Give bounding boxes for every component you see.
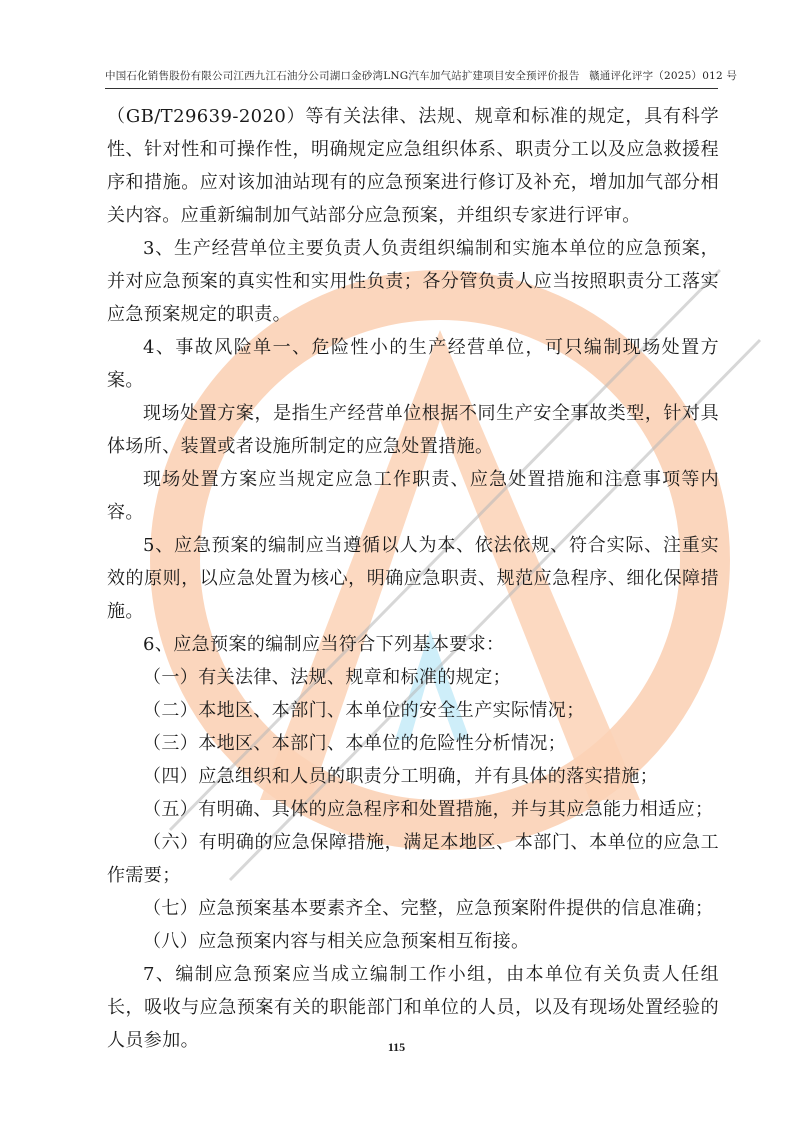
paragraph-item-6: 6、应急预案的编制应当符合下列基本要求：: [107, 628, 719, 661]
paragraph-item-5: 5、应急预案的编制应当遵循以人为本、依法依规、符合实际、注重实效的原则，以应急处…: [107, 529, 719, 628]
page-header: 中国石化销售股份有限公司江西九江石油分公司湖口金砂湾LNG汽车加气站扩建项目安全…: [105, 68, 718, 83]
requirement-3: （三）本地区、本部门、本单位的危险性分析情况；: [107, 727, 719, 760]
requirement-5: （五）有明确、具体的应急程序和处置措施，并与其应急能力相适应；: [107, 793, 719, 826]
page-number: 115: [0, 1040, 793, 1055]
paragraph-item-4: 4、事故风险单一、危险性小的生产经营单位，可只编制现场处置方案。: [107, 331, 719, 397]
header-divider: [105, 88, 718, 89]
paragraph-item-3: 3、生产经营单位主要负责人负责组织编制和实施本单位的应急预案，并对应急预案的真实…: [107, 232, 719, 331]
header-title: 中国石化销售股份有限公司江西九江石油分公司湖口金砂湾LNG汽车加气站扩建项目安全…: [105, 70, 580, 82]
document-body: （GB/T29639-2020）等有关法律、法规、规章和标准的规定，具有科学性、…: [107, 100, 719, 1057]
header-doc-number: 赣通评化评字（2025）012 号: [589, 70, 737, 82]
paragraph-onsite-plan-content: 现场处置方案应当规定应急工作职责、应急处置措施和注意事项等内容。: [107, 463, 719, 529]
requirement-6: （六）有明确的应急保障措施，满足本地区、本部门、本单位的应急工作需要；: [107, 826, 719, 892]
requirement-8: （八）应急预案内容与相关应急预案相互衔接。: [107, 925, 719, 958]
requirement-7: （七）应急预案基本要素齐全、完整，应急预案附件提供的信息准确；: [107, 892, 719, 925]
requirement-4: （四）应急组织和人员的职责分工明确，并有具体的落实措施；: [107, 760, 719, 793]
paragraph-continuation: （GB/T29639-2020）等有关法律、法规、规章和标准的规定，具有科学性、…: [107, 100, 719, 232]
paragraph-onsite-plan-definition: 现场处置方案，是指生产经营单位根据不同生产安全事故类型，针对具体场所、装置或者设…: [107, 397, 719, 463]
requirement-1: （一）有关法律、法规、规章和标准的规定；: [107, 661, 719, 694]
requirement-2: （二）本地区、本部门、本单位的安全生产实际情况；: [107, 694, 719, 727]
